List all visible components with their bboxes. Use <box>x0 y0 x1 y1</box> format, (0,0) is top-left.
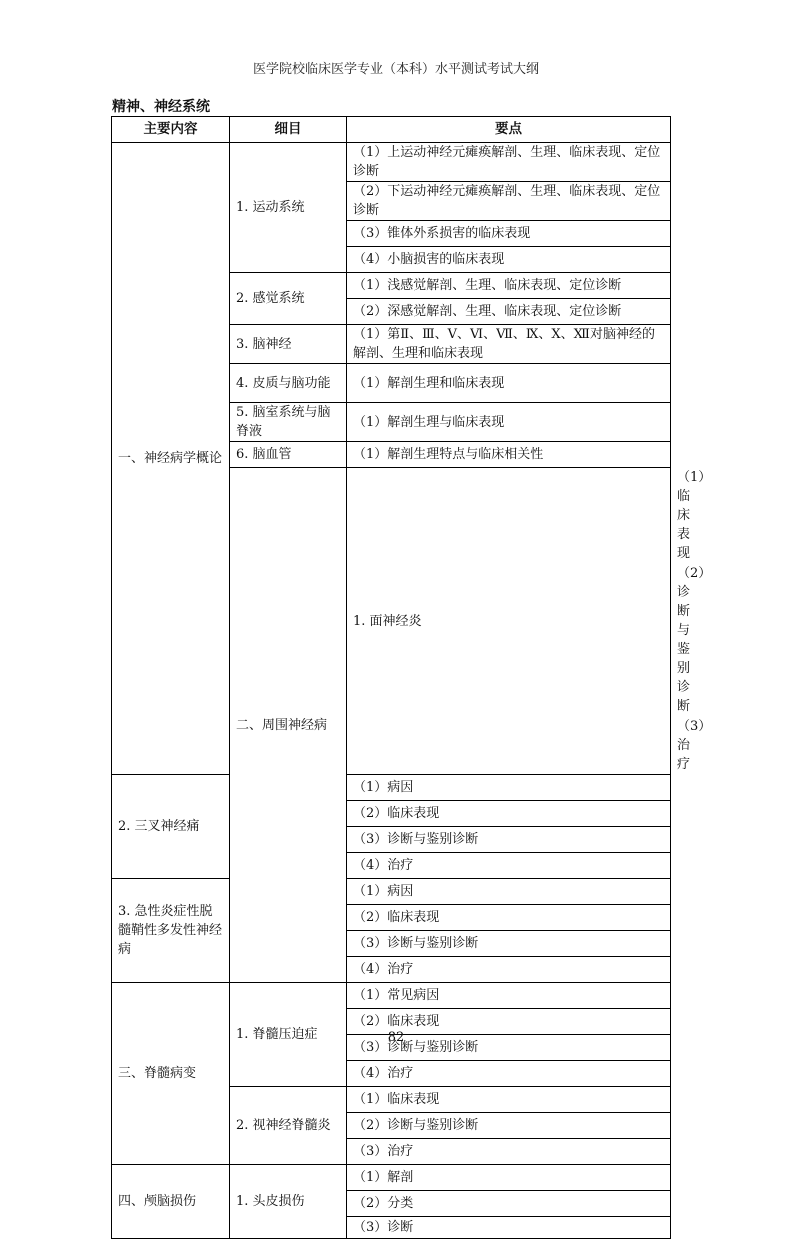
main-content-cell: 四、颅脑损伤 <box>112 1165 230 1239</box>
column-header-points: 要点 <box>347 117 671 143</box>
item-cell: 1. 面神经炎 <box>347 468 671 775</box>
item-cell: 3. 急性炎症性脱髓鞘性多发性神经病 <box>112 879 230 983</box>
point-cell: （1）第Ⅱ、Ⅲ、Ⅴ、Ⅵ、Ⅶ、Ⅸ、Ⅹ、Ⅻ对脑神经的解剖、生理和临床表现 <box>347 325 671 364</box>
point-cell: （1）病因 <box>347 775 671 801</box>
column-header-main: 主要内容 <box>112 117 230 143</box>
column-header-item: 细目 <box>230 117 347 143</box>
item-cell: 3. 脑神经 <box>230 325 347 364</box>
point-cell: （3）锥体外系损害的临床表现 <box>347 221 671 247</box>
main-content-cell: 一、神经病学概论 <box>112 143 230 775</box>
point-cell: （2）深感觉解剖、生理、临床表现、定位诊断 <box>347 299 671 325</box>
page-number: 82 <box>0 1030 792 1045</box>
point-cell: （1）病因 <box>347 879 671 905</box>
main-content-cell: 二、周围神经病 <box>230 468 347 983</box>
point-cell: （3）诊断与鉴别诊断 <box>347 931 671 957</box>
syllabus-table: 主要内容 细目 要点 一、神经病学概论 1. 运动系统 （1）上运动神经元瘫痪解… <box>111 116 671 1239</box>
point-cell: （4）治疗 <box>347 853 671 879</box>
point-cell: （2）临床表现 <box>347 905 671 931</box>
point-cell: （2）分类 <box>347 1191 671 1217</box>
item-cell: 2. 三叉神经痛 <box>112 775 230 879</box>
table-row: 3. 急性炎症性脱髓鞘性多发性神经病 （1）病因 <box>112 879 671 905</box>
point-cell: （1）解剖生理特点与临床相关性 <box>347 442 671 468</box>
point-cell: （3）诊断 <box>347 1217 671 1239</box>
point-cell: （4）治疗 <box>347 957 671 983</box>
point-cell: （2）下运动神经元瘫痪解剖、生理、临床表现、定位诊断 <box>347 182 671 221</box>
point-cell: （4）小脑损害的临床表现 <box>347 247 671 273</box>
table-header-row: 主要内容 细目 要点 <box>112 117 671 143</box>
item-cell: 1. 运动系统 <box>230 143 347 273</box>
section-title: 精神、神经系统 <box>112 96 210 116</box>
running-header: 医学院校临床医学专业（本科）水平测试考试大纲 <box>0 58 792 77</box>
point-cell: （3）诊断与鉴别诊断 <box>347 827 671 853</box>
table-row: 2. 三叉神经痛 （1）病因 <box>112 775 671 801</box>
point-cell: （1）浅感觉解剖、生理、临床表现、定位诊断 <box>347 273 671 299</box>
point-cell: （1）临床表现 <box>347 1087 671 1113</box>
item-cell: 6. 脑血管 <box>230 442 347 468</box>
item-cell: 2. 感觉系统 <box>230 273 347 325</box>
point-cell: （1）解剖 <box>347 1165 671 1191</box>
item-cell: 2. 视神经脊髓炎 <box>230 1087 347 1165</box>
point-cell: （1）解剖生理与临床表现 <box>347 403 671 442</box>
main-content-cell: 三、脊髓病变 <box>112 983 230 1165</box>
table-row: 一、神经病学概论 1. 运动系统 （1）上运动神经元瘫痪解剖、生理、临床表现、定… <box>112 143 671 182</box>
point-cell: （2）临床表现 <box>347 801 671 827</box>
table-row: 四、颅脑损伤 1. 头皮损伤 （1）解剖 <box>112 1165 671 1191</box>
item-cell: 4. 皮质与脑功能 <box>230 364 347 403</box>
item-cell: 5. 脑室系统与脑脊液 <box>230 403 347 442</box>
point-cell: （1）上运动神经元瘫痪解剖、生理、临床表现、定位诊断 <box>347 143 671 182</box>
point-cell: （1）常见病因 <box>347 983 671 1009</box>
point-cell: （4）治疗 <box>347 1061 671 1087</box>
point-cell: （2）诊断与鉴别诊断 <box>347 1113 671 1139</box>
point-cell: （3）治疗 <box>347 1139 671 1165</box>
item-cell: 1. 头皮损伤 <box>230 1165 347 1239</box>
table-row: 三、脊髓病变 1. 脊髓压迫症 （1）常见病因 <box>112 983 671 1009</box>
point-cell: （1）解剖生理和临床表现 <box>347 364 671 403</box>
